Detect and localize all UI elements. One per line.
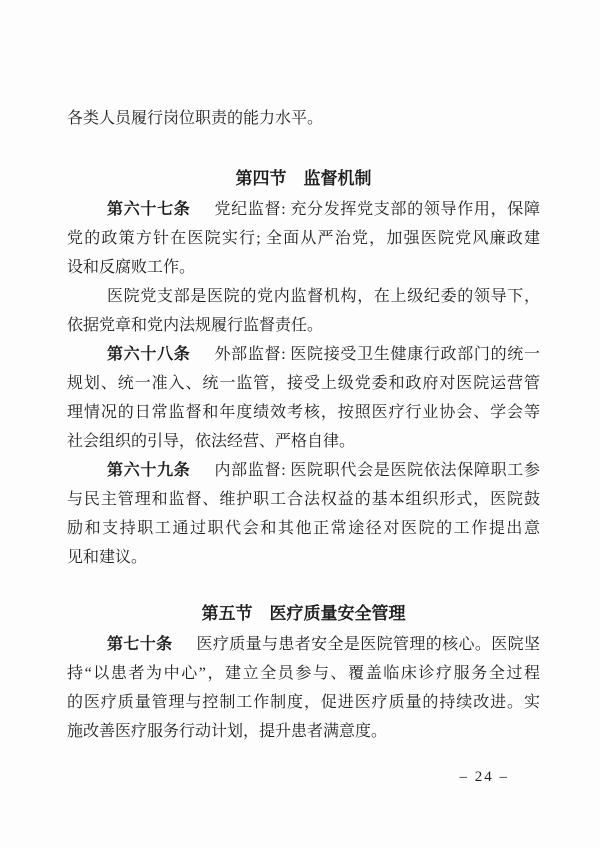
document-page: 各类人员履行岗位职责的能力水平。 第四节 监督机制 第六十七条党纪监督: 充分发…	[0, 0, 600, 848]
paragraph-line: 规划、统一准入、统一监管，接受上级党委和政府对医院运营管	[67, 369, 540, 398]
paragraph-line: 见和建议。	[67, 543, 540, 572]
party-branch-paragraph-line-1: 医院党支部是医院的党内监督机构，在上级纪委的领导下，	[67, 282, 540, 311]
article-70-line-1: 第七十条医疗质量与患者安全是医院管理的核心。医院坚	[67, 630, 540, 659]
article-69-text: 内部监督: 医院职代会是医院依法保障职工参	[214, 462, 540, 479]
paragraph-line: 理情况的日常监督和年度绩效考核，按照医疗行业协会、学会等	[67, 398, 540, 427]
paragraph-line: 施改善医疗服务行动计划，提升患者满意度。	[67, 717, 540, 746]
paragraph-line: 持“以患者为中心”，建立全员参与、覆盖临床诊疗服务全过程	[67, 659, 540, 688]
section-5-heading: 第五节 医疗质量安全管理	[67, 599, 540, 628]
section-4-heading: 第四节 监督机制	[67, 164, 540, 193]
paragraph-line: 党的政策方针在医院实行; 全面从严治党，加强医院党风廉政建	[67, 224, 540, 253]
paragraph-line: 社会组织的引导，依法经营、严格自律。	[67, 427, 540, 456]
article-67-text: 党纪监督: 充分发挥党支部的领导作用，保障	[214, 201, 540, 218]
article-70-number: 第七十条	[107, 636, 173, 653]
article-68-line-1: 第六十八条外部监督: 医院接受卫生健康行政部门的统一	[67, 340, 540, 369]
paragraph-line: 与民主管理和监督、维护职工合法权益的基本组织形式，医院鼓	[67, 485, 540, 514]
article-68-text: 外部监督: 医院接受卫生健康行政部门的统一	[214, 346, 540, 363]
article-67-line-1: 第六十七条党纪监督: 充分发挥党支部的领导作用，保障	[67, 195, 540, 224]
paragraph-line: 设和反腐败工作。	[67, 253, 540, 282]
text-column: 各类人员履行岗位职责的能力水平。 第四节 监督机制 第六十七条党纪监督: 充分发…	[67, 0, 540, 746]
article-70-text: 医疗质量与患者安全是医院管理的核心。医院坚	[197, 636, 540, 653]
article-67-number: 第六十七条	[107, 201, 190, 218]
article-68-number: 第六十八条	[107, 346, 190, 363]
page-number: – 24 –	[460, 767, 510, 787]
previous-paragraph-last-line: 各类人员履行岗位职责的能力水平。	[67, 104, 540, 133]
article-69-line-1: 第六十九条内部监督: 医院职代会是医院依法保障职工参	[67, 456, 540, 485]
paragraph-line: 依据党章和党内法规履行监督责任。	[67, 311, 540, 340]
article-69-number: 第六十九条	[107, 462, 190, 479]
paragraph-line: 励和支持职工通过职代会和其他正常途径对医院的工作提出意	[67, 514, 540, 543]
paragraph-line: 的医疗质量管理与控制工作制度，促进医疗质量的持续改进。实	[67, 688, 540, 717]
